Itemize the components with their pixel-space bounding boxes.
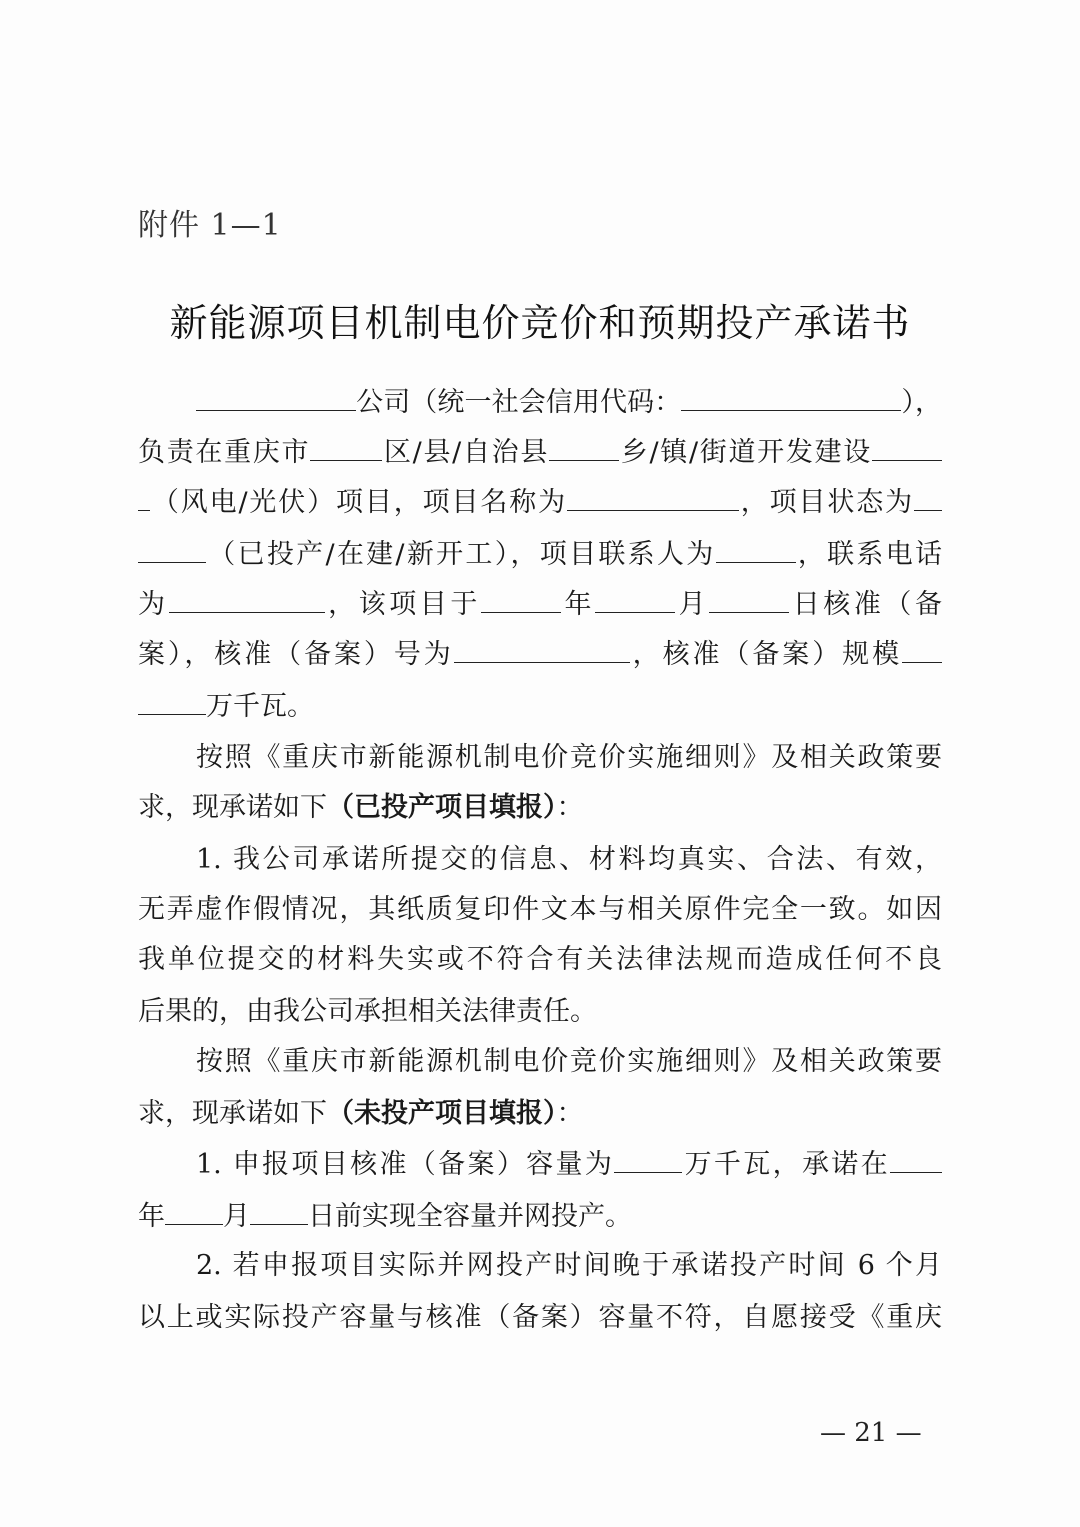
- approval-number-blank[interactable]: [454, 634, 630, 663]
- scale-blank-a[interactable]: [902, 634, 942, 663]
- unbuilt-item-2-line-2: 以上或实际投产容量与核准（备案）容量不符，自愿接受《重庆: [138, 1298, 942, 1338]
- project-status-blank-b[interactable]: [138, 534, 206, 563]
- commit-month-blank[interactable]: [165, 1196, 223, 1225]
- project-type-blank-a[interactable]: [872, 432, 942, 461]
- credit-code-blank[interactable]: [681, 382, 901, 411]
- phone-blank[interactable]: [169, 584, 325, 613]
- intro-line-3: （风电/光伏）项目，项目名称为，项目状态为: [138, 482, 942, 523]
- approval-month-blank[interactable]: [595, 584, 675, 613]
- capacity-blank[interactable]: [614, 1144, 682, 1173]
- town-blank[interactable]: [549, 432, 619, 461]
- built-item-1-line-2: 无弄虚作假情况，其纸质复印件文本与相关原件完全一致。如因: [138, 890, 942, 930]
- unbuilt-item-1-line-1: 1. 申报项目核准（备案）容量为万千瓦，承诺在: [138, 1144, 942, 1185]
- approval-year-blank[interactable]: [481, 584, 561, 613]
- intro-line-7: 万千瓦。: [138, 686, 942, 727]
- scale-blank-b[interactable]: [138, 686, 206, 715]
- commit-year-blank[interactable]: [890, 1144, 942, 1173]
- page-number: — 21 —: [820, 1418, 922, 1448]
- document-page: 附件 1—1 新能源项目机制电价竞价和预期投产承诺书 公司（统一社会信用代码：）…: [0, 0, 1080, 1527]
- built-item-1-line-4: 后果的，由我公司承担相关法律责任。: [138, 992, 942, 1032]
- unbuilt-intro-line-1: 按照《重庆市新能源机制电价竞价实施细则》及相关政策要: [138, 1042, 942, 1082]
- unbuilt-item-1-line-2: 年月日前实现全容量并网投产。: [138, 1196, 942, 1237]
- intro-line-2: 负责在重庆市区/县/自治县乡/镇/街道开发建设: [138, 432, 942, 473]
- built-intro-line-2: 求，现承诺如下（已投产项目填报）：: [138, 788, 942, 828]
- company-name-blank[interactable]: [196, 382, 356, 411]
- contact-person-blank[interactable]: [716, 534, 796, 563]
- project-status-blank-a[interactable]: [914, 482, 942, 511]
- unbuilt-intro-line-2: 求，现承诺如下（未投产项目填报）：: [138, 1094, 942, 1134]
- approval-day-blank[interactable]: [709, 584, 789, 613]
- attachment-label: 附件 1—1: [138, 200, 282, 244]
- built-item-1-line-1: 1. 我公司承诺所提交的信息、材料均真实、合法、有效，: [138, 840, 942, 880]
- commit-day-blank[interactable]: [250, 1196, 308, 1225]
- unbuilt-section-heading: （未投产项目填报）: [327, 1098, 557, 1129]
- unbuilt-item-2-line-1: 2. 若申报项目实际并网投产时间晚于承诺投产时间 6 个月: [138, 1246, 942, 1286]
- intro-line-6: 案），核准（备案）号为，核准（备案）规模: [138, 634, 942, 675]
- project-type-blank-b[interactable]: [138, 482, 150, 511]
- project-name-blank[interactable]: [567, 482, 739, 511]
- intro-line-1: 公司（统一社会信用代码：），: [138, 382, 942, 423]
- intro-line-4: （已投产/在建/新开工），项目联系人为，联系电话: [138, 534, 942, 575]
- built-item-1-line-3: 我单位提交的材料失实或不符合有关法律法规而造成任何不良: [138, 940, 942, 980]
- document-title: 新能源项目机制电价竞价和预期投产承诺书: [0, 292, 1080, 347]
- built-section-heading: （已投产项目填报）: [327, 792, 557, 823]
- intro-line-5: 为，该项目于年月日核准（备: [138, 584, 942, 625]
- built-intro-line-1: 按照《重庆市新能源机制电价竞价实施细则》及相关政策要: [138, 738, 942, 778]
- district-blank[interactable]: [310, 432, 382, 461]
